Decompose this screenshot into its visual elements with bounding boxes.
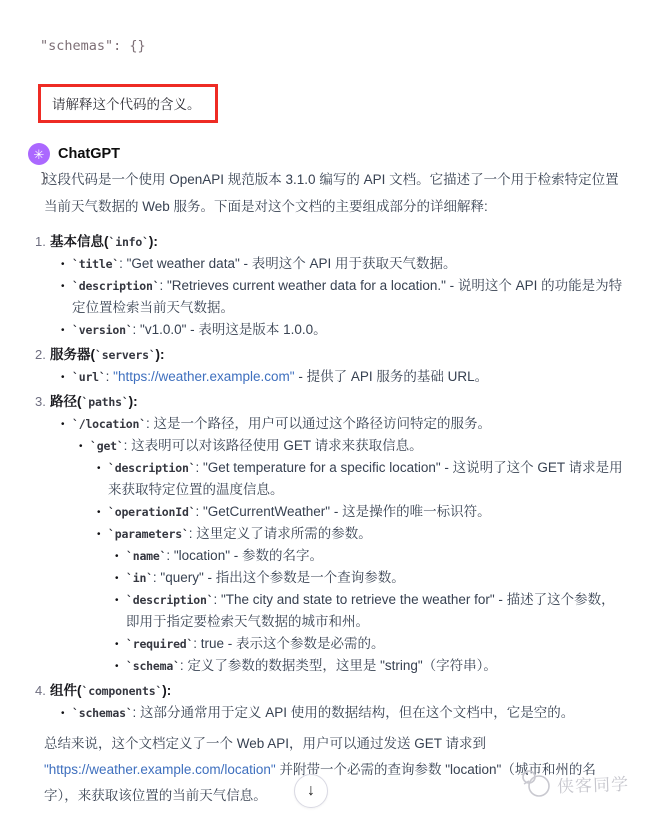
text-run: ): bbox=[129, 394, 138, 409]
text-run: : "GetCurrentWeather" - 这是操作的唯一标识符。 bbox=[195, 504, 490, 519]
list-item-text: 组件(components): bbox=[50, 683, 171, 698]
inline-code: in bbox=[126, 571, 153, 585]
list-item-text: parameters: 这里定义了请求所需的参数。 bbox=[108, 526, 372, 541]
list-marker: • bbox=[97, 524, 101, 546]
list-item-text: in: "query" - 指出这个参数是一个查询参数。 bbox=[126, 570, 405, 585]
chatgpt-conversation: "schemas": {} } } 请解释这个代码的含义。 ✳ ChatGPT … bbox=[0, 0, 648, 814]
list-item-text: description: "Get temperature for a spec… bbox=[108, 460, 623, 497]
scroll-to-bottom-button[interactable]: ↓ bbox=[294, 774, 328, 808]
list-item-text: url: "https://weather.example.com" - 提供了… bbox=[72, 369, 488, 384]
list-marker: • bbox=[97, 458, 101, 480]
inline-code: required bbox=[126, 637, 193, 651]
text-run: : "location" - 参数的名字。 bbox=[166, 548, 323, 563]
list-item-text: schemas: 这部分通常用于定义 API 使用的数据结构，但在这个文档中，它… bbox=[72, 705, 574, 720]
list-marker: 2. bbox=[35, 344, 46, 366]
assistant-intro: 这段代码是一个使用 OpenAPI 规范版本 3.1.0 编写的 API 文档。… bbox=[44, 166, 626, 220]
text-run: : "Get weather data" - 表明这个 API 用于获取天气数据… bbox=[119, 256, 456, 271]
list-item: •url: "https://weather.example.com" - 提供… bbox=[0, 366, 648, 388]
list-item: •schema: 定义了参数的数据类型，这里是 "string"（字符串）。 bbox=[0, 655, 648, 677]
text-run: : true - 表示这个参数是必需的。 bbox=[193, 636, 384, 651]
watermark-text: 侠客同学 bbox=[557, 769, 630, 796]
inline-code: title bbox=[72, 257, 119, 271]
list-item-heading: 2.服务器(servers): bbox=[0, 344, 648, 366]
list-marker: • bbox=[79, 436, 83, 458]
chatgpt-avatar: ✳ bbox=[28, 143, 50, 165]
inline-code: operationId bbox=[108, 505, 195, 519]
list-item-text: /location: 这是一个路径，用户可以通过这个路径访问特定的服务。 bbox=[72, 416, 491, 431]
highlight-box: 请解释这个代码的含义。 bbox=[38, 84, 218, 123]
list-item: •operationId: "GetCurrentWeather" - 这是操作… bbox=[0, 501, 648, 523]
list-item-text: schema: 定义了参数的数据类型，这里是 "string"（字符串）。 bbox=[126, 658, 497, 673]
watermark-logo-icon bbox=[520, 768, 552, 798]
list-item-text: 路径(paths): bbox=[50, 394, 138, 409]
sender-name: ChatGPT bbox=[58, 146, 120, 162]
inline-code: servers bbox=[95, 348, 156, 362]
list-item: •parameters: 这里定义了请求所需的参数。 bbox=[0, 523, 648, 545]
list-item: •title: "Get weather data" - 表明这个 API 用于… bbox=[0, 253, 648, 275]
text-run: : 这部分通常用于定义 API 使用的数据结构，但在这个文档中，它是空的。 bbox=[133, 705, 575, 720]
list-item: •in: "query" - 指出这个参数是一个查询参数。 bbox=[0, 567, 648, 589]
list-item-text: get: 这表明可以对该路径使用 GET 请求来获取信息。 bbox=[90, 438, 423, 453]
text-run: 服务器( bbox=[50, 347, 95, 362]
list-item: •version: "v1.0.0" - 表明这是版本 1.0.0。 bbox=[0, 319, 648, 341]
list-marker: • bbox=[61, 254, 65, 276]
link[interactable]: "https://weather.example.com" bbox=[113, 369, 294, 384]
inline-code: schema bbox=[126, 659, 180, 673]
inline-code: description bbox=[126, 593, 213, 607]
list-item-heading: 1.基本信息(info): bbox=[0, 231, 648, 253]
list-marker: • bbox=[115, 546, 119, 568]
list-item-text: description: "Retrieves current weather … bbox=[72, 278, 622, 315]
list-marker: 4. bbox=[35, 680, 46, 702]
text-run: ): bbox=[162, 683, 171, 698]
inline-code: get bbox=[90, 439, 124, 453]
list-item: •description: "Retrieves current weather… bbox=[0, 275, 648, 319]
list-marker: • bbox=[115, 590, 119, 612]
list-item: •description: "Get temperature for a spe… bbox=[0, 457, 648, 501]
text-run: : "query" - 指出这个参数是一个查询参数。 bbox=[153, 570, 405, 585]
list-marker: • bbox=[61, 320, 65, 342]
text-run: 路径( bbox=[50, 394, 82, 409]
openai-logo-icon: ✳ bbox=[34, 148, 45, 161]
list-item-heading: 3.路径(paths): bbox=[0, 391, 648, 413]
text-run: : 这里定义了请求所需的参数。 bbox=[189, 526, 372, 541]
link[interactable]: "https://weather.example.com/location" bbox=[44, 762, 276, 777]
list-marker: • bbox=[115, 656, 119, 678]
list-item: •name: "location" - 参数的名字。 bbox=[0, 545, 648, 567]
list-item: •schemas: 这部分通常用于定义 API 使用的数据结构，但在这个文档中，… bbox=[0, 702, 648, 724]
list-marker: • bbox=[97, 502, 101, 524]
text-run: 基本信息( bbox=[50, 234, 109, 249]
list-item-text: name: "location" - 参数的名字。 bbox=[126, 548, 323, 563]
list-marker: • bbox=[61, 367, 65, 389]
text-run: : 这是一个路径，用户可以通过这个路径访问特定的服务。 bbox=[146, 416, 491, 431]
list-item-text: version: "v1.0.0" - 表明这是版本 1.0.0。 bbox=[72, 322, 327, 337]
text-run: - 提供了 API 服务的基础 URL。 bbox=[295, 369, 489, 384]
assistant-header: ✳ ChatGPT bbox=[28, 143, 120, 165]
assistant-list: 1.基本信息(info):•title: "Get weather data" … bbox=[0, 228, 648, 724]
text-run: : 这表明可以对该路径使用 GET 请求来获取信息。 bbox=[124, 438, 423, 453]
list-item: •required: true - 表示这个参数是必需的。 bbox=[0, 633, 648, 655]
list-marker: 1. bbox=[35, 231, 46, 253]
list-item: •get: 这表明可以对该路径使用 GET 请求来获取信息。 bbox=[0, 435, 648, 457]
inline-code: schemas bbox=[72, 706, 133, 720]
text-run: : 定义了参数的数据类型，这里是 "string"（字符串）。 bbox=[180, 658, 497, 673]
text-run: : "v1.0.0" - 表明这是版本 1.0.0。 bbox=[133, 322, 327, 337]
text-run: 组件( bbox=[50, 683, 82, 698]
inline-code: url bbox=[72, 370, 106, 384]
inline-code: paths bbox=[82, 395, 129, 409]
inline-code: info bbox=[109, 235, 149, 249]
list-marker: • bbox=[61, 276, 65, 298]
list-item-heading: 4.组件(components): bbox=[0, 680, 648, 702]
list-item-text: title: "Get weather data" - 表明这个 API 用于获… bbox=[72, 256, 457, 271]
watermark: 侠客同学 bbox=[520, 768, 629, 798]
list-item-text: description: "The city and state to retr… bbox=[126, 592, 615, 629]
inline-code: name bbox=[126, 549, 166, 563]
list-item-text: operationId: "GetCurrentWeather" - 这是操作的… bbox=[108, 504, 491, 519]
list-item: •/location: 这是一个路径，用户可以通过这个路径访问特定的服务。 bbox=[0, 413, 648, 435]
list-marker: • bbox=[115, 634, 119, 656]
list-item-text: 服务器(servers): bbox=[50, 347, 165, 362]
inline-code: /location bbox=[72, 417, 146, 431]
list-marker: • bbox=[115, 568, 119, 590]
inline-code: description bbox=[72, 279, 159, 293]
text-run: ): bbox=[149, 234, 158, 249]
inline-code: version bbox=[72, 323, 133, 337]
text-run: ): bbox=[156, 347, 165, 362]
list-item-text: required: true - 表示这个参数是必需的。 bbox=[126, 636, 385, 651]
list-item-text: 基本信息(info): bbox=[50, 234, 158, 249]
text-run: 总结来说，这个文档定义了一个 Web API，用户可以通过发送 GET 请求到 bbox=[44, 736, 486, 751]
down-arrow-icon: ↓ bbox=[307, 782, 315, 800]
inline-code: description bbox=[108, 461, 195, 475]
list-item: •description: "The city and state to ret… bbox=[0, 589, 648, 633]
inline-code: parameters bbox=[108, 527, 189, 541]
user-question: 请解释这个代码的含义。 bbox=[52, 97, 201, 112]
list-marker: 3. bbox=[35, 391, 46, 413]
inline-code: components bbox=[82, 684, 163, 698]
list-marker: • bbox=[61, 414, 65, 436]
code-line: "schemas": {} bbox=[40, 35, 146, 57]
list-marker: • bbox=[61, 703, 65, 725]
